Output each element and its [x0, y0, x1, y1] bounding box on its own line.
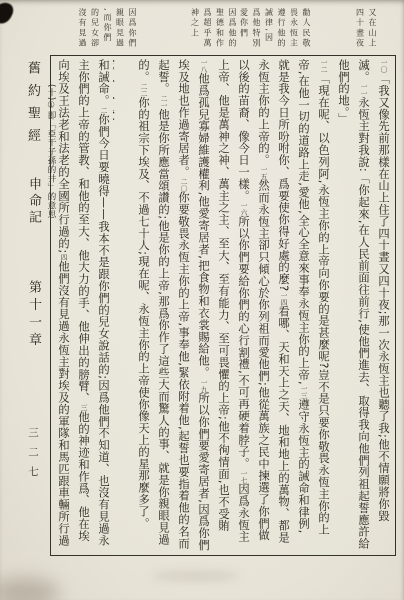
- page-number: 三二七: [26, 427, 41, 486]
- text-column: 一〇「我又像先前那樣在山上住了四十晝又四十夜;那一次永恆主也聽了我;他不情願將你…: [373, 59, 393, 552]
- text-column: 和誡命。二你們今日要曉得——我本不是跟你們的兒女說話的;因爲他們不知道、也沒有見…: [93, 59, 113, 552]
- verse-number-marker: 一八: [199, 59, 207, 73]
- verse-text: 埃及地也作過寄居者。: [177, 59, 190, 178]
- verse-text: 主你們的上帝的管教、和他的至大、他大力的手、他伸出的膀臂、: [77, 59, 90, 404]
- verse-text: 他們沒有見過永恆主對埃及的軍隊和馬匹跟車輛所行過: [57, 261, 70, 547]
- margin-note-column: 爲他特別: [250, 8, 263, 54]
- verse-text: 向埃及王法老和法老的全國所行過的;: [57, 59, 70, 254]
- verse-text: 帝,在他一切的道路上走,愛他,全心全意來事奉永恆主你的上帝,: [297, 59, 310, 385]
- margin-note-column: 愛你們: [237, 8, 250, 54]
- verse-text: 「現在呢、以色列阿,永恆主你的上帝向你要的是甚麼呢?豈不是只要你敬畏永恆主你的上: [317, 73, 330, 536]
- verse-number-marker: 一七: [239, 470, 247, 484]
- verse-number-marker: 二一: [159, 95, 167, 109]
- verse-text: 他是你所應當頌讚的;他是你的上帝,那爲你作了這些大而驚人的事、就是你親眼見過: [157, 108, 170, 545]
- margin-note-column: ,而你們: [101, 8, 114, 54]
- verse-number-marker: 一二: [319, 59, 327, 73]
- ink-blotch: [0, 0, 16, 27]
- verse-number-marker: 一五: [259, 166, 267, 180]
- verse-text: 滅。: [357, 59, 370, 83]
- verse-number-marker: 三: [79, 404, 87, 411]
- margin-note-column: 四十晝夜: [353, 8, 366, 54]
- verse-number-marker: 一〇: [379, 59, 387, 73]
- margin-note-column: 聖德和作: [213, 8, 226, 54]
- text-columns: 一〇「我又像先前那樣在山上住了四十晝又四十夜;那一次永恆主也聽了我;他不情願將你…: [53, 59, 393, 552]
- margin-note-column: 神之上: [188, 8, 201, 54]
- verse-text: 你要敬畏永恆主你的上帝,事奉他,緊依附着他,起誓也要指着他的名而: [177, 192, 190, 550]
- book-title-label: 舊約聖經: [23, 61, 42, 151]
- verse-text: 永恆主對我說:「你起來,在人民前面往前行,使他們進去、取得我向他們列祖起誓應許給: [357, 96, 370, 549]
- verse-text: 他爲孤兒寡婦維護權利,他愛寄居者,把食物和衣裳賜給他。: [197, 73, 210, 379]
- text-column: 滅。一一永恆主對我說:「你起來,在人民前面往前行,使他們進去、取得我向他們列祖起…: [353, 59, 373, 552]
- text-column: 帝,在他一切的道路上走,愛他,全心全意來事奉永恆主你的上帝,一三遵守永恆主的誡命…: [293, 59, 313, 552]
- verse-text: 所以你們要給你們的心行割禮,不可再硬着脖子。: [237, 215, 250, 469]
- text-column: 埃及地也作過寄居者。二〇你要敬畏永恆主你的上帝,事奉他,緊依附着他,起誓也要指着…: [173, 59, 193, 552]
- verse-text: 你們今日要曉得——我本不是跟你們的兒女說話的;因爲他們不知道、也沒有見過永恆: [93, 59, 110, 546]
- text-column: 一二「現在呢、以色列阿,永恆主你的上帝向你要的是甚麼呢?豈不是只要你敬畏永恆主你…: [313, 59, 333, 552]
- scripture-page: 又在山上四十晝夜勸人民敬畏永恆主遵行他的誡律,因爲他特別愛你們因爲他的聖德和作爲…: [0, 0, 404, 600]
- verse-number-marker: 二: [99, 107, 107, 114]
- margin-note-column: 的兒女卻: [88, 8, 101, 54]
- margin-note-column: 爲超乎萬: [201, 8, 214, 54]
- verse-text: 就是我今日所吩咐你、爲要使你得好處的麼?: [277, 59, 290, 292]
- verse-number-marker: 一六: [239, 202, 247, 216]
- text-column: 一八他爲孤兒寡婦維護權利,他愛寄居者,把食物和衣裳賜給他。一九所以你們要愛寄居者…: [193, 59, 213, 552]
- verse-text: 永恆主你的上帝的。: [257, 59, 270, 166]
- margin-note-column: 畏永恆主: [287, 8, 300, 54]
- footnote: (十)①即「亞干子孫的井」的意思: [43, 84, 58, 229]
- margin-note-column: 誡律,因: [262, 8, 275, 54]
- verse-text: 你的祖宗下埃及、不過七十人;現在呢、永恆主你的上帝使你像天上的星那麼多了。: [137, 96, 150, 529]
- verse-text: 和誡命。: [97, 59, 110, 107]
- margin-note-column: 遵行他的: [275, 8, 288, 54]
- verse-text: 「我又像先前那樣在山上住了四十晝又四十夜;那一次永恆主也聽了我;他不情願將你毀: [377, 73, 390, 522]
- verse-number-marker: 一三: [299, 385, 307, 399]
- text-column: 起誓。二一他是你所應當頌讚的;他是你的上帝,那爲你作了這些大而驚人的事、就是你親…: [153, 59, 173, 552]
- verse-number-marker: 四: [59, 254, 67, 261]
- margin-note: 因爲他的聖德和作爲超乎萬神之上: [188, 8, 238, 54]
- margin-note-column: 勸人民敬: [300, 8, 313, 54]
- margin-note: 勸人民敬畏永恆主遵行他的誡律,因爲他特別愛你們: [237, 8, 312, 54]
- chapter-side-label: 第十一章: [24, 280, 43, 350]
- corner-shadow: [0, 578, 60, 600]
- text-column: 以後的苗裔、像今日一樣。一六所以你們要給你們的心行割禮,不可再硬着脖子。一七因爲…: [233, 59, 253, 552]
- section-title-label: 申命記: [24, 177, 43, 227]
- verse-number-marker: 一一: [359, 83, 367, 97]
- margin-note-column: 又在山上: [366, 8, 379, 54]
- verse-text: 他們的地。」: [337, 59, 350, 125]
- text-frame: 一〇「我又像先前那樣在山上住了四十晝又四十夜;那一次永恆主也聽了我;他不情願將你…: [50, 55, 396, 556]
- verse-text: 以後的苗裔、像今日一樣。: [237, 59, 250, 202]
- verse-text: 遵守永恆主的誡命和律例,: [297, 399, 310, 534]
- text-column: 就是我今日所吩咐你、爲要使你得好處的麼?一四看哪、天和天上之天、地和地上的萬物、…: [273, 59, 293, 552]
- verse-number-marker: 二二: [139, 83, 147, 97]
- margin-note: 因爲你們親眼見過,而你們的兒女卻沒有見過: [76, 8, 139, 54]
- verse-number-marker: 一九: [199, 379, 207, 393]
- text-column: 上帝、他是萬神之神、萬主之主、至大、至有能力、至可畏懼的上帝;他不徇情面,也不受…: [213, 59, 233, 552]
- margin-note-column: 因爲他的: [226, 8, 239, 54]
- text-column: 第十一章一「所以你要愛永恆主你的上帝,日日不斷地守他所吩咐守的:守他的律例、典章…: [113, 59, 133, 552]
- margin-note: 又在山上四十晝夜: [353, 8, 378, 54]
- chapter-heading: 第十一章: [113, 59, 116, 552]
- margin-note-column: 親眼見過: [113, 8, 126, 54]
- text-column: 主你們的上帝的管教、和他的至大、他大力的手、他伸出的膀臂、三他的神迹和作爲、他在…: [73, 59, 93, 552]
- paper-smudge: [150, 572, 240, 580]
- margin-note-column: 因爲你們: [126, 8, 139, 54]
- text-column: 永恆主你的上帝的。一五然而永恆主卻只傾心於你列祖而愛他們;他從萬族之民中揀選了你…: [253, 59, 273, 552]
- margin-note-column: 沒有見過: [76, 8, 89, 54]
- verse-number-marker: 二〇: [179, 178, 187, 192]
- verse-text: 起誓。: [157, 59, 170, 95]
- text-column: 他們的地。」: [333, 59, 353, 552]
- verse-text: 上帝、他是萬神之神、萬主之主、至大、至有能力、至可畏懼的上帝;他不徇情面,也不受…: [213, 59, 230, 532]
- verse-text: 的。: [137, 59, 150, 83]
- text-column: 的。二二你的祖宗下埃及、不過七十人;現在呢、永恆主你的上帝使你像天上的星那麼多了…: [133, 59, 153, 552]
- verse-number-marker: 一四: [279, 292, 287, 306]
